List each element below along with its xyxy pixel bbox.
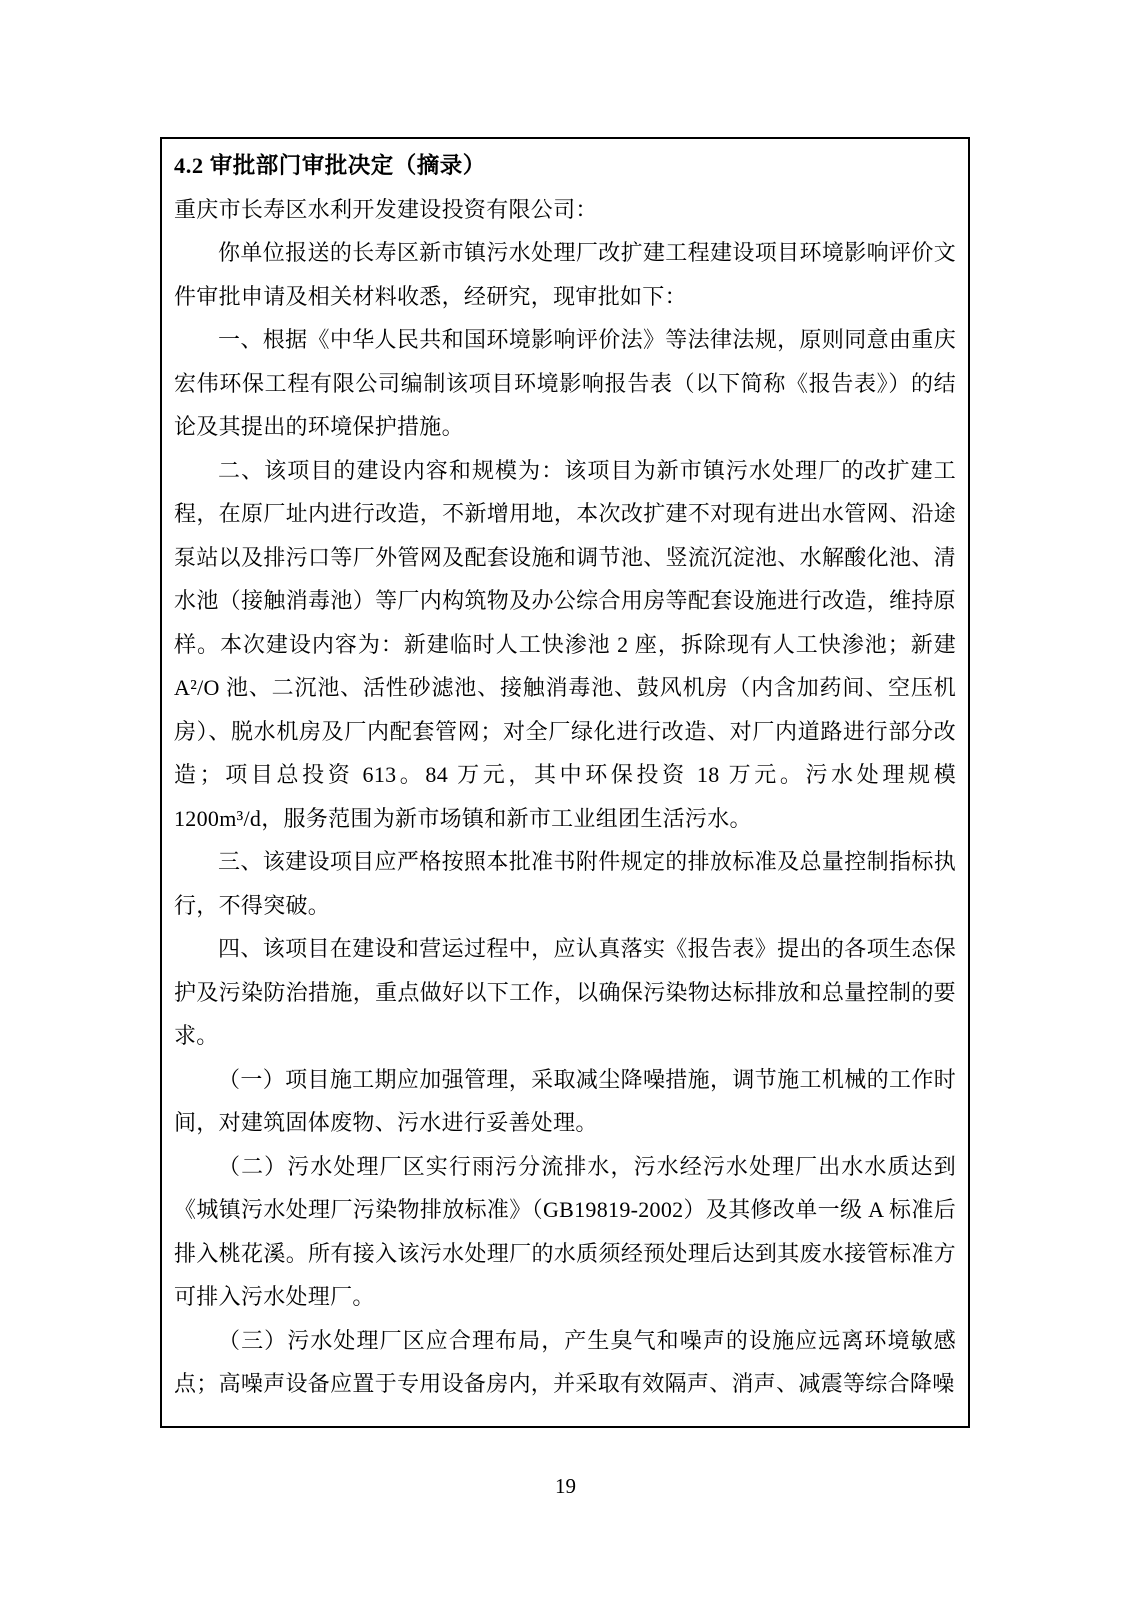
page-number: 19 xyxy=(0,1474,1131,1498)
paragraph-item-3: 三、该建设项目应严格按照本批准书附件规定的排放标准及总量控制指标执行，不得突破。 xyxy=(174,840,956,927)
approval-section-box: 4.2 审批部门审批决定（摘录） 重庆市长寿区水利开发建设投资有限公司： 你单位… xyxy=(160,137,970,1428)
paragraph-subitem-1: （一）项目施工期应加强管理，采取减尘降噪措施，调节施工机械的工作时间，对建筑固体… xyxy=(174,1058,956,1145)
paragraph-subitem-3: （三）污水处理厂区应合理布局，产生臭气和噪声的设施应远离环境敏感点；高噪声设备应… xyxy=(174,1319,956,1406)
paragraph-subitem-2: （二）污水处理厂区实行雨污分流排水，污水经污水处理厂出水水质达到《城镇污水处理厂… xyxy=(174,1145,956,1319)
paragraph-intro: 你单位报送的长寿区新市镇污水处理厂改扩建工程建设项目环境影响评价文件审批申请及相… xyxy=(174,231,956,318)
paragraph-item-2: 二、该项目的建设内容和规模为：该项目为新市镇污水处理厂的改扩建工程，在原厂址内进… xyxy=(174,449,956,841)
addressee-line: 重庆市长寿区水利开发建设投资有限公司： xyxy=(174,188,956,232)
section-title: 4.2 审批部门审批决定（摘录） xyxy=(174,144,956,188)
document-page: 4.2 审批部门审批决定（摘录） 重庆市长寿区水利开发建设投资有限公司： 你单位… xyxy=(0,0,1131,1600)
paragraph-item-4: 四、该项目在建设和营运过程中，应认真落实《报告表》提出的各项生态保护及污染防治措… xyxy=(174,927,956,1058)
paragraph-item-1: 一、根据《中华人民共和国环境影响评价法》等法律法规，原则同意由重庆宏伟环保工程有… xyxy=(174,318,956,449)
